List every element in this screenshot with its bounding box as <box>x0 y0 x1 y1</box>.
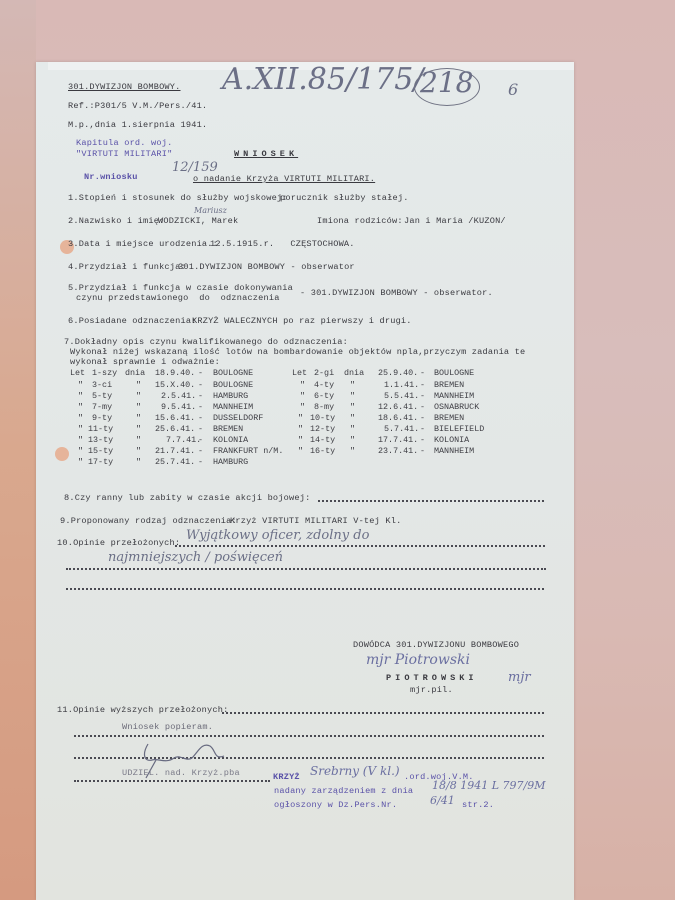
field-decorations-label: 6.Posiadane odznaczenia: <box>68 316 197 326</box>
field-proposed-award-value: Krzyż VIRTUTI MILITARI V-tej Kl. <box>230 516 401 526</box>
field-rank-label: 1.Stopień i stosunek do służby wojskowej… <box>68 193 288 203</box>
field-deed-assignment-label-1: 5.Przydział i funkcja w czasie dokonywan… <box>68 283 293 293</box>
background-strip <box>0 0 36 900</box>
field-higher-opinion-label: 11.Opinie wyższych przełożonych: <box>57 705 228 715</box>
award-stamp-decree-label: nadany zarządzeniem z dnia <box>274 786 413 796</box>
punch-hole-bottom <box>55 447 69 461</box>
field-superiors-opinion-label: 10.Opinie przełożonych: <box>57 538 180 548</box>
addressee-line2: "VIRTUTI MILITARI" <box>76 149 172 159</box>
archive-reference: A.XII.85/175/ <box>222 62 423 97</box>
higher-opinion-line-2 <box>74 735 544 737</box>
commander-title: DOWÓDCA 301.DYWIZJONU BOMBOWEGO <box>353 640 519 650</box>
opinion-handwritten-1: Wyjątkowy oficer, zdolny do <box>186 528 369 543</box>
commander-name: PIOTROWSKI <box>386 673 478 683</box>
award-stamp-announced-label: ogłoszony w Dz.Pers.Nr. <box>274 800 397 810</box>
field-assignment-value: 301.DYWIZJON BOMBOWY - obserwator <box>178 262 355 272</box>
commander-rank: mjr.pil. <box>410 685 453 695</box>
higher-opinion-typed: Wniosek popieram. <box>122 722 213 732</box>
field-parents-label: Imiona rodziców: <box>317 216 403 226</box>
field-wounded-label: 8.Czy ranny lub zabity w czasie akcji bo… <box>64 493 310 503</box>
higher-opinion-stamp: UDZIEL. nad. Krzyż.pba <box>122 768 240 778</box>
request-number-value: 12/159 <box>172 160 218 175</box>
field-name-handwritten-note: Mariusz <box>194 206 227 215</box>
field-wounded-blank <box>318 500 544 502</box>
award-stamp-class-handwritten: Srebrny (V kl.) <box>310 764 400 778</box>
document-title: WNIOSEK <box>234 149 298 159</box>
commander-signature-mark: mjr <box>508 670 531 685</box>
addressee-line1: Kapitula ord. woj. <box>76 138 172 148</box>
archive-circled-number: 218 <box>420 66 473 99</box>
field-assignment-label: 4.Przydział i funkcja: <box>68 262 186 272</box>
higher-opinion-line-1 <box>222 712 544 714</box>
award-stamp-cross-label: KRZYŻ <box>273 772 300 782</box>
field-name-value: WODZICKI, Marek <box>158 216 238 226</box>
field-birth-value: 12.5.1915.r. CZĘSTOCHOWA. <box>210 239 355 249</box>
field-deed-assignment-value: - 301.DYWIZJON BOMBOWY - obserwator. <box>300 288 493 298</box>
field-decorations-value: KRZYŻ WALECZNYCH po raz pierwszy i drugi… <box>192 316 412 326</box>
opinion-handwritten-2: najmniejszych / poświęceń <box>108 550 283 565</box>
place-date: M.p.,dnia 1.sierpnia 1941. <box>68 120 207 130</box>
commander-signature: mjr Piotrowski <box>366 652 470 668</box>
field-name-label: 2.Nazwisko i imię: <box>68 216 164 226</box>
unit-name: 301.DYWIZJON BOMBOWY. <box>68 82 181 92</box>
opinion-line-2 <box>66 568 546 570</box>
archive-page-mark: 6 <box>508 80 518 99</box>
field-deed-assignment-label-2: czynu przedstawionego do odznaczenia <box>76 293 280 303</box>
field-description-label: 7.Dokładny opis czynu kwalifikowanego do… <box>64 337 348 347</box>
field-proposed-award-label: 9.Proponowany rodzaj odznaczenia: <box>60 516 237 526</box>
field-parents-value: Jan i Maria /KUZON/ <box>404 216 506 226</box>
award-stamp-page: str.2. <box>462 800 494 810</box>
opinion-line-1 <box>175 545 545 547</box>
request-number-label: Nr.wniosku <box>84 172 138 182</box>
field-description-text-2: wykonał sprawnie i odważnie: <box>70 357 220 367</box>
award-stamp-decree-handwritten: 18/8 1941 L 797/9M <box>432 779 545 792</box>
field-birth-label: 3.Data i miejsce urodzenia.: <box>68 239 218 249</box>
opinion-line-3 <box>66 588 544 590</box>
document-subtitle: o nadanie Krzyża VIRTUTI MILITARI. <box>193 174 375 184</box>
field-description-text-1: Wykonał niżej wskazaną ilość lotów na bo… <box>70 347 525 357</box>
field-rank-value: porucznik służby stałej. <box>280 193 409 203</box>
higher-opinion-line-4 <box>74 780 270 782</box>
reference-number: Ref.:P301/5 V.M./Pers./41. <box>68 101 207 111</box>
document-sheet <box>36 62 574 900</box>
award-stamp-announced-handwritten: 6/41 <box>430 794 455 807</box>
